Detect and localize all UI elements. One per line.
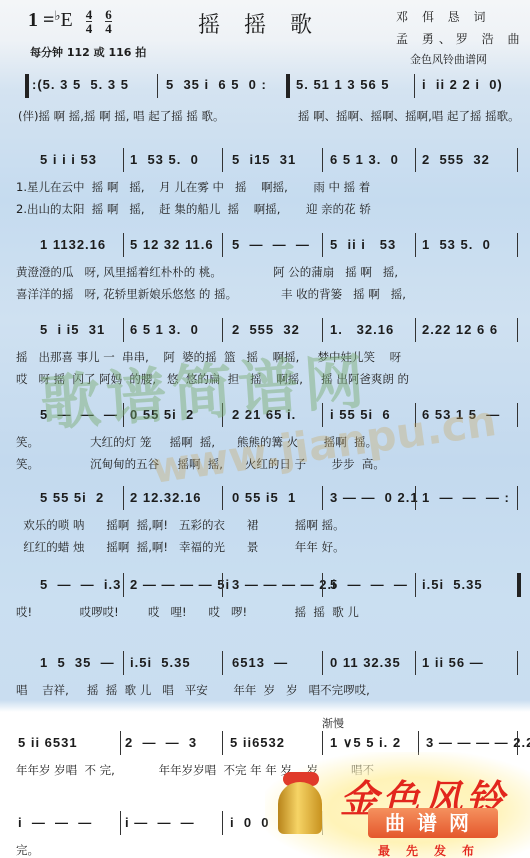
measure-notes: 6513 — — [232, 655, 288, 670]
barline — [222, 403, 223, 427]
logo-subtitle: 最先发布 — [378, 842, 490, 858]
barline — [222, 148, 223, 172]
site-credit: 金色风铃曲谱网 — [410, 51, 487, 67]
measure-notes: 5 i i i 53 — [40, 152, 97, 167]
barline — [222, 731, 223, 755]
measure-notes: 6 53 1 5 — — [422, 407, 500, 422]
barline — [222, 486, 223, 510]
barline — [123, 573, 124, 597]
measure-notes: 5 55 5i 2 — [40, 490, 104, 505]
barline — [157, 74, 158, 98]
notes-intro-1: :(5. 3 5 5. 3 5 — [32, 77, 129, 92]
barline — [415, 573, 416, 597]
measure-notes: 5 i i5 31 — [40, 322, 105, 337]
measure-notes: i — — — — [125, 815, 195, 830]
measure-notes: 1 — — — : — [422, 490, 510, 505]
measure-notes: 2 — — — — 5i — [130, 577, 230, 592]
lyrics-verse-2: 喜洋洋的摇 呀, 花轿里新娘乐悠悠 的 摇。 丰 收的背篓 摇 啊 摇, — [16, 286, 406, 302]
lyrics-verse-1: 欢乐的唢 呐 摇啊 摇,啊! 五彩的衣 裙 摇啊 摇。 — [16, 517, 345, 533]
barline — [517, 318, 518, 342]
lyrics-verse-2: 2.出山的太阳 摇 啊 摇, 赶 集的船儿 摇 啊摇, 迎 亲的花 轿 — [16, 201, 371, 217]
measure-notes: 1 53 5. 0 — [130, 152, 199, 167]
notes-intro-4: i ii 2 2 i 0) — [422, 77, 503, 92]
bell-icon — [278, 782, 322, 834]
lyrics-verse-2: 笑。 沉甸甸的五谷 摇啊 摇, 火红的日 子 步步 高。 — [16, 456, 385, 472]
barline — [222, 318, 223, 342]
measure-notes: 1 53 5. 0 — [422, 237, 491, 252]
time-signature-6-4: 64 — [105, 8, 112, 35]
repeat-start-barline — [25, 74, 29, 98]
composer-credit: 孟 勇、罗 浩 曲 — [396, 30, 524, 47]
measure-notes: 5 ii i 53 — [330, 237, 396, 252]
barline — [517, 651, 518, 675]
barline — [123, 318, 124, 342]
measure-notes: 6 5 1 3. 0 — [330, 152, 399, 167]
measure-notes: 0 11 32.35 — [330, 655, 401, 670]
measure-notes: 5 ii 6531 — [18, 735, 78, 750]
lyrics-verse-1: 哎! 哎啰哎! 哎 哩! 哎 啰! 摇 摇 歌 儿 — [16, 604, 359, 620]
lyrics-verse-1: 唱 吉祥, 摇 摇 歌 儿 唱 平安 年年 岁 岁 唱不完啰哎, — [16, 682, 370, 698]
measure-notes: 3 — — — — 2.2 — [426, 735, 530, 750]
barline — [123, 403, 124, 427]
measure-notes: 1 ∨5 5 i. 2 — [330, 735, 401, 751]
measure-notes: i.5i 5.35 — [130, 655, 191, 670]
logo-badge: 曲谱网 — [368, 808, 498, 838]
measure-notes: i.5i 5.35 — [422, 577, 483, 592]
barline — [322, 233, 323, 257]
barline — [415, 318, 416, 342]
measure-notes: 0 55 5i 2 — [130, 407, 194, 422]
repeat-end-barline — [286, 74, 290, 98]
lyrics-verse-1: 黄澄澄的瓜 呀, 风里摇着红朴朴的 桃。 阿 公的蒲扇 摇 啊 摇, — [16, 264, 398, 280]
lyrics-verse-2: 红红的蜡 烛 摇啊 摇,啊! 幸福的光 景 年年 好。 — [16, 539, 345, 555]
barline — [120, 731, 121, 755]
measure-notes: 6 5 1 3. 0 — [130, 322, 199, 337]
lyricist-credit: 邓 佴 恳 词 — [396, 8, 490, 25]
measure-notes: 5 — — — — [330, 577, 408, 592]
measure-notes: 2 12.32.16 — [130, 490, 201, 505]
tempo-mark-ritardando: 渐慢 — [322, 715, 344, 731]
barline — [322, 651, 323, 675]
tempo-marking: 每分钟 112 或 116 拍 — [30, 44, 146, 60]
barline — [517, 486, 518, 510]
barline — [415, 403, 416, 427]
song-title: 摇摇歌 — [198, 8, 336, 39]
barline — [517, 233, 518, 257]
barline — [415, 651, 416, 675]
notes-intro-3: 5. 51 1 3 56 5 — [296, 77, 390, 92]
barline — [222, 573, 223, 597]
barline — [123, 233, 124, 257]
barline — [120, 811, 121, 835]
barline — [322, 486, 323, 510]
time-signature-4-4: 44 — [86, 8, 93, 35]
barline — [415, 233, 416, 257]
measure-notes: 0 55 i5 1 — [232, 490, 296, 505]
barline — [415, 486, 416, 510]
barline — [322, 148, 323, 172]
barline — [123, 148, 124, 172]
barline — [322, 403, 323, 427]
lyrics-verse-2: 哎 呀 摇 闪了 阿妈 的腰, 悠 悠的扁 担 摇 啊摇, 摇 出阿爸爽朗 的 — [16, 371, 409, 387]
measure-notes: 3 — — 0 2.1 — [330, 490, 419, 505]
barline — [322, 318, 323, 342]
key-prefix: 1 = — [28, 9, 54, 31]
key-note: E — [61, 9, 73, 31]
barline — [415, 148, 416, 172]
measure-notes: 5 12 32 11.6 — [130, 237, 214, 252]
measure-notes: 1 5 35 — — [40, 655, 115, 670]
barline — [517, 148, 518, 172]
measure-notes: 1. 32.16 — [330, 322, 394, 337]
measure-notes: 2 555 32 — [232, 322, 300, 337]
measure-notes: 1 1132.16 — [40, 237, 106, 252]
measure-notes: 1 ii 56 — — [422, 655, 484, 670]
lyrics-intro-2: 摇 啊、摇啊、摇啊、摇啊,唱 起了摇 摇歌。 — [298, 108, 520, 124]
barline — [222, 233, 223, 257]
measure-notes: 5 i15 31 — [232, 152, 296, 167]
lyrics-verse-1: 笑。 大红的灯 笼 摇啊 摇, 熊熊的篝 火 摇啊 摇。 — [16, 434, 377, 450]
measure-notes: 2 555 32 — [422, 152, 490, 167]
barline — [414, 74, 415, 98]
measure-notes: 2 21 65 i. — [232, 407, 296, 422]
measure-notes: i — — — — [18, 815, 92, 830]
barline — [123, 486, 124, 510]
notes-intro-2: 5 35 i 6 5 0 : — [166, 77, 267, 92]
key-signature: 1 =♭E 44 64 — [28, 8, 112, 35]
measure-notes: 5 — — — — [232, 237, 310, 252]
lyrics-verse-1: 摇 出那喜 事儿 一 串串, 阿 婆的摇 篮 摇 啊摇, 梦中娃儿笑 呀 — [16, 349, 401, 365]
measure-notes: 2 — — 3 — [125, 735, 197, 750]
measure-notes: 2.22 12 6 6 — [422, 322, 498, 337]
measure-notes: 5 — — i.3 — [40, 577, 121, 592]
barline — [123, 651, 124, 675]
measure-notes: 5 — — — — [40, 407, 118, 422]
measure-notes: i 55 5i 6 — [330, 407, 391, 422]
measure-notes: 5 ii6532 — [230, 735, 285, 750]
barline — [222, 811, 223, 835]
barline — [517, 403, 518, 427]
barline — [322, 573, 323, 597]
lyrics-verse-1: 1.星儿在云中 摇 啊 摇, 月 儿在雾 中 摇 啊摇, 雨 中 摇 着 — [16, 179, 370, 195]
lyrics-verse-1: 完。 — [16, 842, 39, 858]
lyrics-intro-1: (伴)摇 啊 摇,摇 啊 摇, 唱 起了摇 摇 歌。 — [18, 108, 225, 124]
barline — [222, 651, 223, 675]
repeat-end-barline — [517, 573, 521, 597]
